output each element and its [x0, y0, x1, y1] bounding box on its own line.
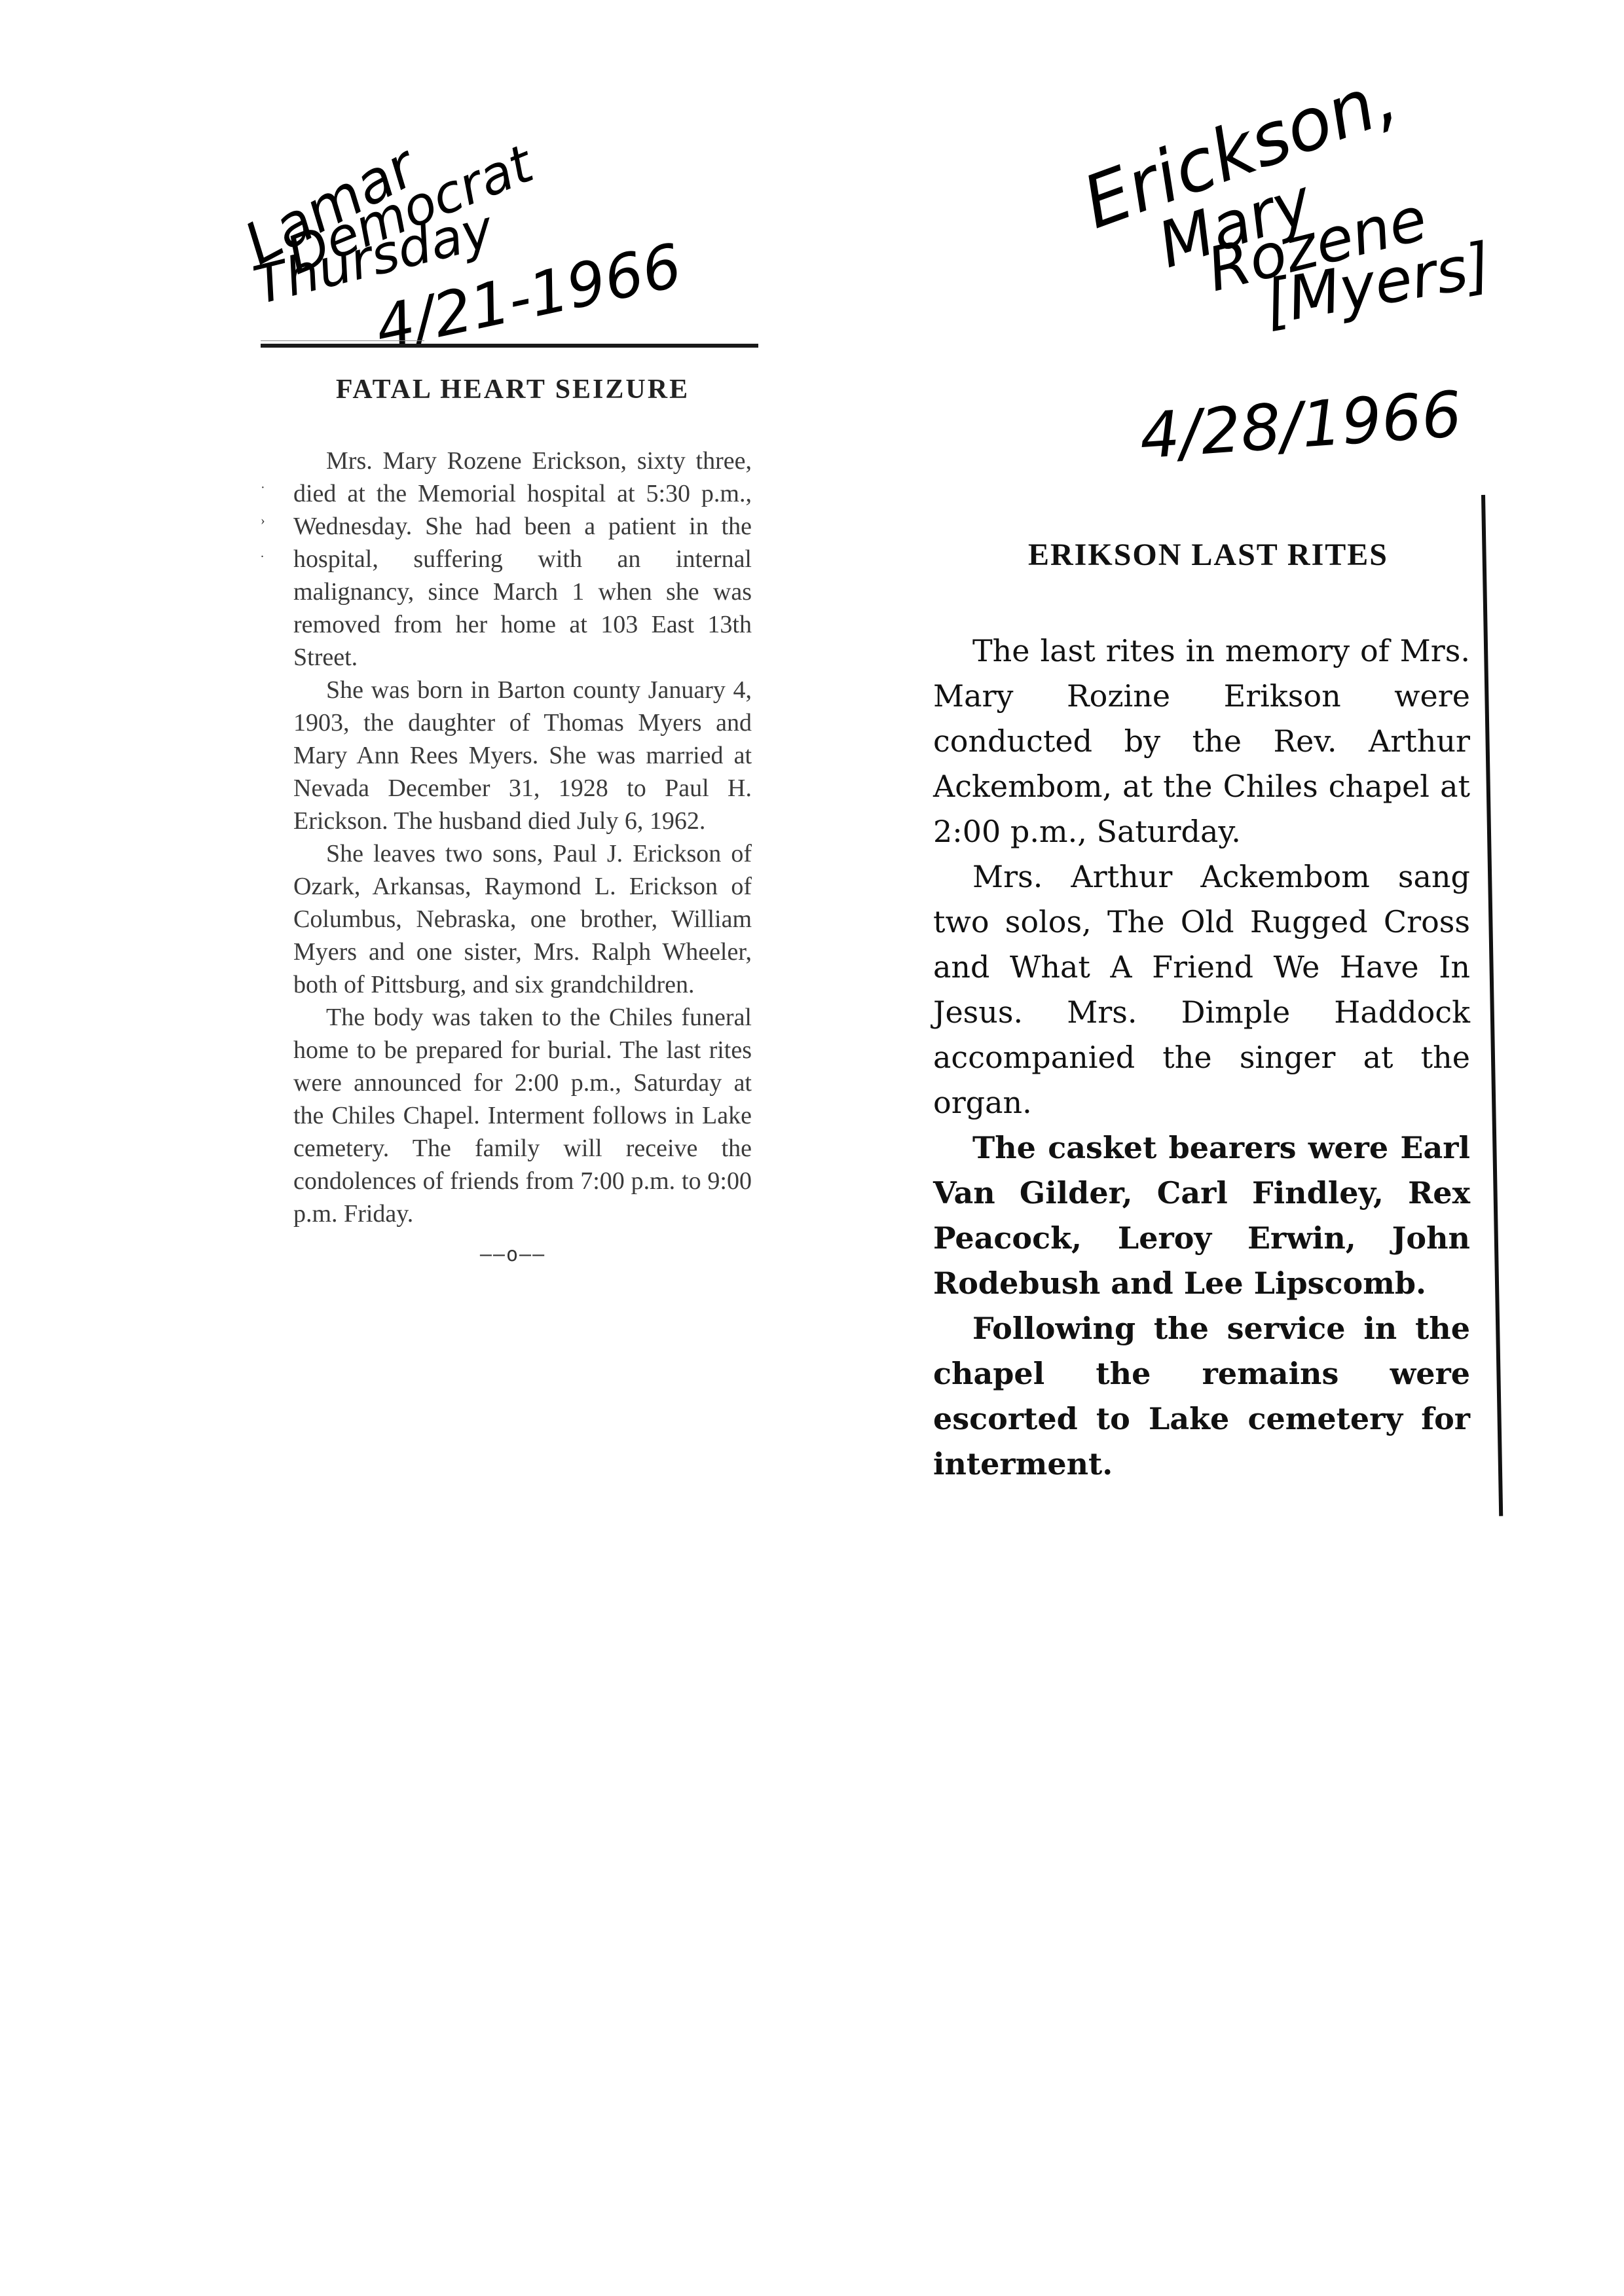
clipping-body: Mrs. Mary Rozene Erickson, sixty three, … — [261, 445, 752, 1230]
paragraph-death-notice: Mrs. Mary Rozene Erickson, sixty three, … — [293, 445, 752, 674]
paragraph-survivors: She leaves two sons, Paul J. Erickson of… — [293, 837, 752, 1001]
paragraph-funeral-arrangements: The body was taken to the Chiles funeral… — [293, 1001, 752, 1230]
margin-mark: . — [261, 537, 265, 570]
margin-marks: · › . — [261, 471, 265, 570]
paragraph-music: Mrs. Arthur Ackembom sang two solos, The… — [933, 854, 1470, 1125]
paragraph-casket-bearers: The casket bearers were Earl Van Gilder,… — [933, 1125, 1470, 1306]
clipping-fatal-heart-seizure: FATAL HEART SEIZURE · › . Mrs. Mary Roze… — [261, 340, 765, 1266]
top-rule-thick — [261, 344, 758, 348]
paragraph-birth-marriage: She was born in Barton county January 4,… — [293, 674, 752, 837]
paragraph-service: The last rites in memory of Mrs. Mary Ro… — [933, 629, 1470, 854]
margin-mark: · — [261, 471, 265, 504]
margin-mark: › — [261, 504, 265, 537]
end-separator: ——o—— — [261, 1243, 765, 1266]
handwritten-note-name: Erickson, Mary Rozene [Myers] 4/28/1966 — [1061, 59, 1492, 456]
paragraph-interment: Following the service in the chapel the … — [933, 1306, 1470, 1487]
clipping-headline: FATAL HEART SEIZURE — [261, 374, 765, 405]
note-date: 4/28/1966 — [1137, 380, 1493, 467]
clipping-body: The last rites in memory of Mrs. Mary Ro… — [933, 629, 1470, 1487]
handwritten-note-source: Lamar Democrat Thursday 4/21-1966 — [223, 46, 684, 327]
top-rule-thin — [261, 340, 424, 341]
clipping-erikson-last-rites: ERIKSON LAST RITES The last rites in mem… — [933, 498, 1509, 1487]
clipping-headline: ERIKSON LAST RITES — [933, 537, 1509, 573]
